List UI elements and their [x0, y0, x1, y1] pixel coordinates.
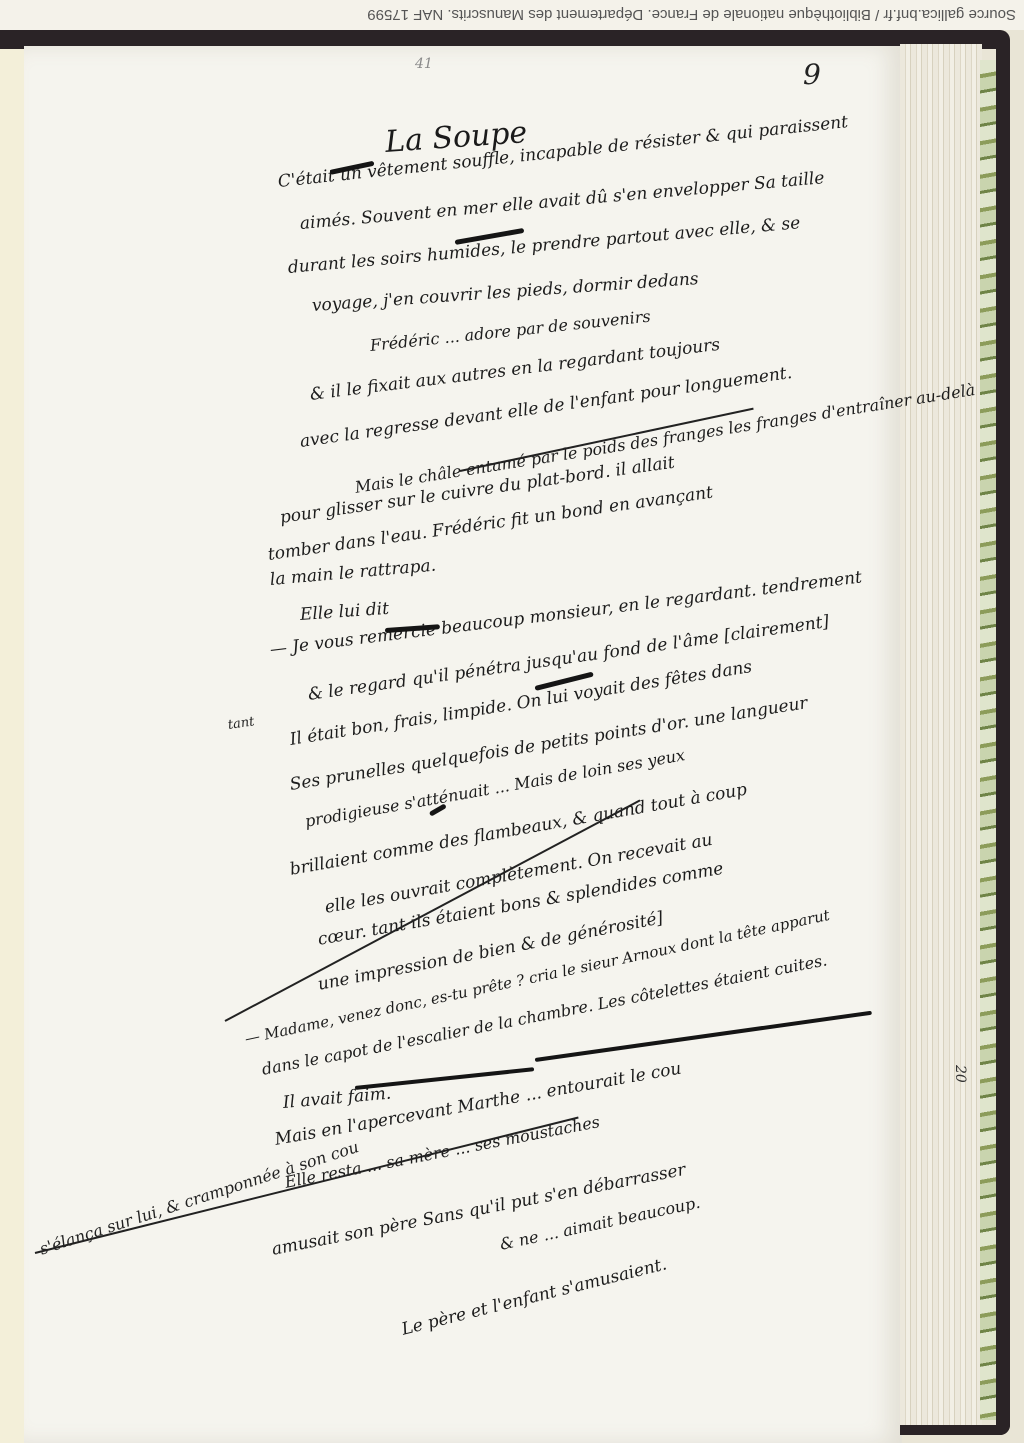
- source-attribution: Source gallica.bnf.fr / Bibliothèque nat…: [8, 6, 1016, 23]
- book-bottom-binding: [900, 1425, 1010, 1435]
- pencil-folio-number: 41: [415, 56, 433, 72]
- book-side-binding: [996, 30, 1010, 1435]
- page-edge-number: 20: [952, 1065, 968, 1083]
- source-header: Source gallica.bnf.fr / Bibliothèque nat…: [0, 0, 1024, 30]
- stacked-page-edges: [900, 44, 982, 1429]
- ink-page-number: 9: [803, 58, 821, 91]
- left-page-margin: [0, 49, 24, 1443]
